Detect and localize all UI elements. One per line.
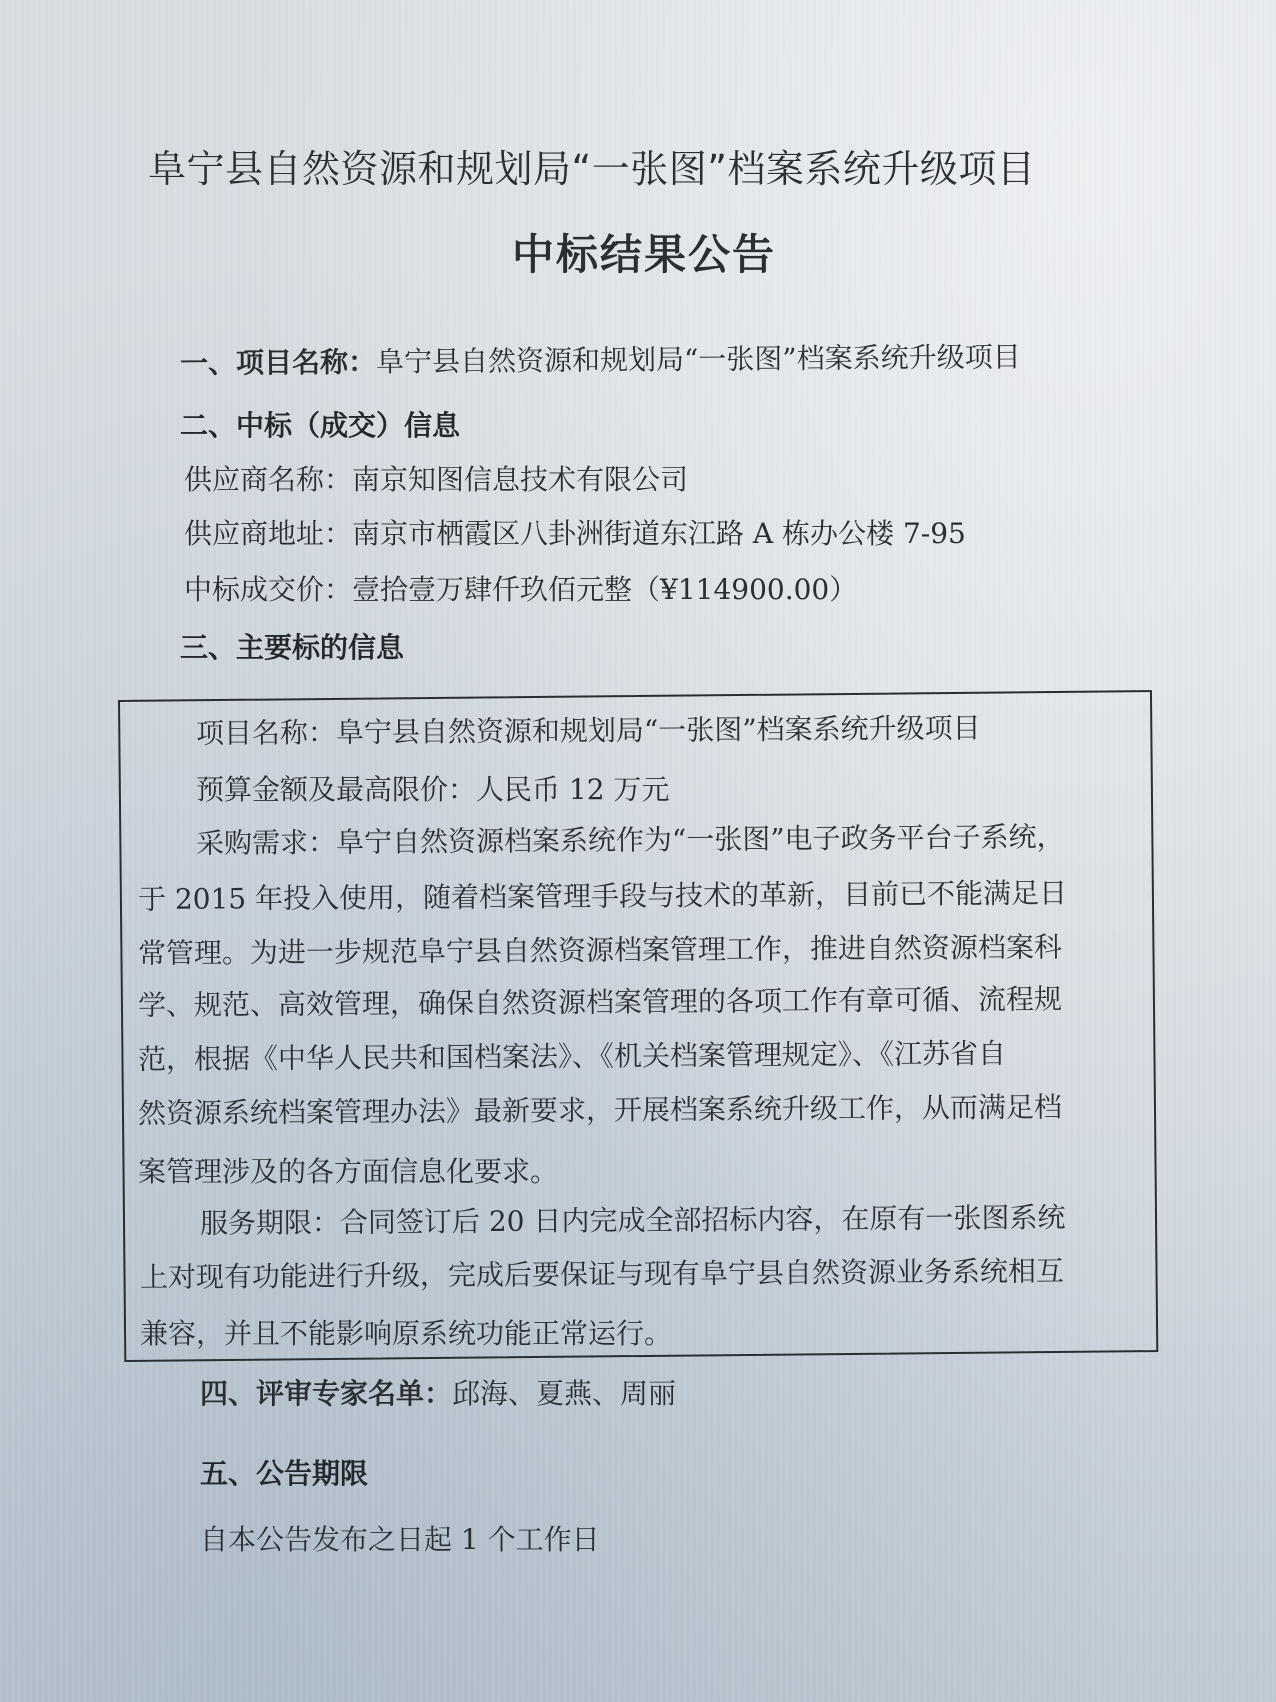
supplier-name-value: 南京知图信息技术有限公司 <box>352 463 688 496</box>
section-project-name-label: 一、项目名称： <box>180 345 376 380</box>
requirement-line-2: 于 2015 年投入使用，随着档案管理手段与技术的革新，目前已不能满足日 <box>138 880 1067 914</box>
section-main-subject-heading: 三、主要标的信息 <box>180 634 404 662</box>
requirement-line-7: 案管理涉及的各方面信息化要求。 <box>138 1158 558 1186</box>
requirement-line-4: 学、规范、高效管理，确保自然资源档案管理的各项工作有章可循、流程规 <box>138 986 1062 1020</box>
requirement-line-1: 采购需求：阜宁自然资源档案系统作为“一张图”电子政务平台子系统， <box>196 823 1065 858</box>
section-project-name-value: 阜宁县自然资源和规划局“一张图”档案系统升级项目 <box>376 340 1021 378</box>
announcement-period-heading: 五、公告期限 <box>200 1460 368 1488</box>
document-subtitle: 中标结果公告 <box>512 234 776 276</box>
section-project-name: 一、项目名称：阜宁县自然资源和规划局“一张图”档案系统升级项目 <box>180 343 1021 378</box>
document-title: 阜宁县自然资源和规划局“一张图”档案系统升级项目 <box>148 150 1035 188</box>
requirement-line-3: 常管理。为进一步规范阜宁县自然资源档案管理工作，推进自然资源档案科 <box>138 934 1062 968</box>
review-experts-value: 邱海、夏燕、周丽 <box>452 1377 676 1410</box>
supplier-address-label: 供应商地址： <box>184 517 352 550</box>
service-line-1: 服务期限：合同签订后 20 日内完成全部招标内容，在原有一张图系统 <box>200 1204 1066 1238</box>
award-price-value: 壹拾壹万肆仟玖佰元整（¥114900.00） <box>352 573 857 606</box>
box-budget: 预算金额及最高限价：人民币 12 万元 <box>196 776 669 804</box>
service-line-3: 兼容，并且不能影响原系统功能正常运行。 <box>140 1320 672 1348</box>
supplier-name-row: 供应商名称：南京知图信息技术有限公司 <box>184 466 688 494</box>
supplier-address-row: 供应商地址：南京市栖霞区八卦洲街道东江路 A 栋办公楼 7-95 <box>184 520 966 548</box>
service-line-2: 上对现有功能进行升级，完成后要保证与现有阜宁县自然资源业务系统相互 <box>140 1258 1064 1292</box>
supplier-address-value: 南京市栖霞区八卦洲街道东江路 A 栋办公楼 7-95 <box>352 517 966 550</box>
box-project-name: 项目名称：阜宁县自然资源和规划局“一张图”档案系统升级项目 <box>196 715 981 748</box>
requirement-line-6: 然资源系统档案管理办法》最新要求，开展档案系统升级工作，从而满足档 <box>138 1094 1062 1128</box>
review-experts-row: 四、评审专家名单：邱海、夏燕、周丽 <box>200 1380 676 1408</box>
award-price-label: 中标成交价： <box>184 573 352 606</box>
review-experts-label: 四、评审专家名单： <box>200 1377 452 1410</box>
requirement-line-5: 范，根据《中华人民共和国档案法》、《机关档案管理规定》、《江苏省自 <box>138 1040 1006 1074</box>
supplier-name-label: 供应商名称： <box>184 463 352 496</box>
award-price-row: 中标成交价：壹拾壹万肆仟玖佰元整（¥114900.00） <box>184 576 857 604</box>
announcement-period-value: 自本公告发布之日起 1 个工作日 <box>200 1526 600 1554</box>
section-award-info-heading: 二、中标（成交）信息 <box>180 412 460 440</box>
